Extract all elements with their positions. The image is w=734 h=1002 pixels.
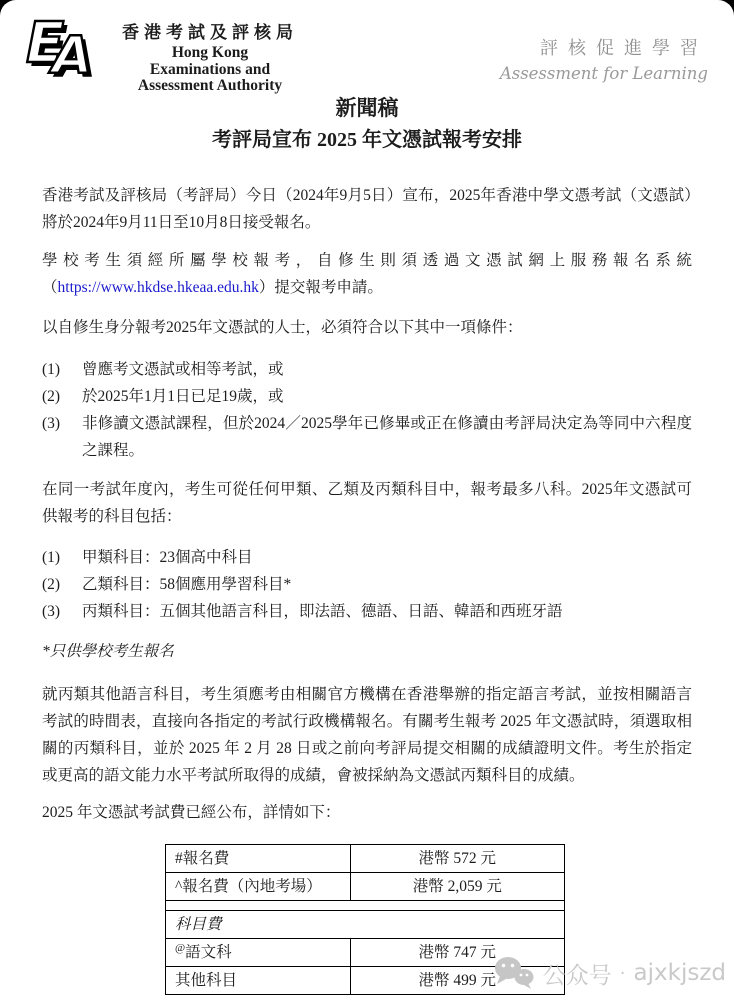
logo-letter-a: A [52, 30, 92, 82]
list-item: (1) 甲類科目：23個高中科目 [42, 544, 692, 571]
watermark-handle: ajxkjszd [634, 960, 726, 986]
list-item-number: (1) [42, 544, 82, 571]
fee-label: 語文科 [185, 944, 232, 961]
list-item-text: 甲類科目：23個高中科目 [82, 544, 692, 571]
org-name-english: Hong Kong Examinations and Assessment Au… [112, 45, 308, 95]
hkeaa-logo-icon: E A [22, 14, 110, 86]
list-item-text: 非修讀文憑試課程，但於2024／2025學年已修畢或正在修讀由考評局決定為等同中… [82, 410, 692, 464]
spacer-cell [166, 901, 565, 911]
list-item-text: 乙類科目：58個應用學習科目* [82, 571, 692, 598]
document-body: 香港考試及評核局（考評局）今日（2024年9月5日）宣布，2025年香港中學文憑… [0, 154, 734, 995]
header: E A 香港考試及評核局 Hong Kong Examinations and … [0, 0, 734, 88]
watermark-separator: · [620, 963, 626, 984]
org-name-block: 香港考試及評核局 Hong Kong Examinations and Asse… [112, 14, 308, 95]
list-item-number: (2) [42, 571, 82, 598]
list-item-text: 於2025年1月1日已足19歲，或 [82, 383, 692, 410]
paragraph-private-candidate-intro: 以自修生身分報考2025年文憑試的人士，必須符合以下其中一項條件： [42, 314, 692, 341]
fee-value-cell: 港幣 2,059 元 [350, 873, 564, 901]
paragraph-registration-channel: 學校考生須經所屬學校報考，自修生則須透過文憑試網上服務報名系統（https://… [42, 247, 692, 301]
fee-label-cell: 其他科目 [166, 967, 351, 995]
list-item: (2) 乙類科目：58個應用學習科目* [42, 571, 692, 598]
list-item: (1) 曾應考文憑試或相等考試，或 [42, 356, 692, 383]
document-type-title: 新聞稿 [0, 94, 734, 122]
list-item: (3) 非修讀文憑試課程，但於2024／2025學年已修畢或正在修讀由考評局決定… [42, 410, 692, 464]
list-item-number: (2) [42, 383, 82, 410]
fee-label-cell: #報名費 [166, 845, 351, 873]
table-row: ^報名費（內地考場） 港幣 2,059 元 [166, 873, 565, 901]
fee-label: 報名費（內地考場） [182, 878, 322, 895]
paragraph-subject-limit: 在同一考試年度內，考生可從任何甲類、乙類及丙類科目中，報考最多八科。2025年文… [42, 476, 692, 530]
press-release-page: E A 香港考試及評核局 Hong Kong Examinations and … [0, 0, 734, 1002]
wechat-watermark: 公众号 · ajxkjszd [493, 956, 726, 990]
table-spacer-row [166, 901, 565, 911]
list-item-text: 丙類科目：五個其他語言科目，即法語、德語、日語、韓語和西班牙語 [82, 598, 692, 625]
fee-label-cell: @語文科 [166, 939, 351, 967]
eligibility-list: (1) 曾應考文憑試或相等考試，或 (2) 於2025年1月1日已足19歲，或 … [42, 356, 692, 464]
paragraph-announcement: 香港考試及評核局（考評局）今日（2024年9月5日）宣布，2025年香港中學文憑… [42, 182, 692, 236]
slogan-chinese: 評核促進學習 [500, 34, 708, 60]
table-row: #報名費 港幣 572 元 [166, 845, 565, 873]
wechat-icon [493, 956, 535, 990]
hkdse-portal-link[interactable]: https://www.hkdse.hkeaa.edu.hk [58, 279, 259, 296]
list-item-number: (3) [42, 410, 82, 464]
fee-value-cell: 港幣 572 元 [350, 845, 564, 873]
headline: 考評局宣布 2025 年文憑試報考安排 [0, 126, 734, 154]
footnote-school-candidates: *只供學校考生報名 [42, 638, 692, 665]
fee-prefix: # [175, 850, 183, 867]
slogan-english: Assessment for Learning [500, 64, 708, 83]
list-item-number: (1) [42, 356, 82, 383]
list-item-text: 曾應考文憑試或相等考試，或 [82, 356, 692, 383]
paragraph-category-c-details: 就丙類其他語言科目，考生須應考由相關官方機構在香港舉辦的指定語言考試，並按相關語… [42, 681, 692, 789]
org-en-line2: Examinations and [112, 62, 308, 79]
org-name-chinese: 香港考試及評核局 [112, 18, 308, 43]
table-section-row: 科目費 [166, 911, 565, 939]
fee-label-cell: ^報名費（內地考場） [166, 873, 351, 901]
section-label-cell: 科目費 [166, 911, 565, 939]
paragraph-fee-intro: 2025 年文憑試考試費已經公布，詳情如下： [42, 799, 692, 826]
fee-label: 報名費 [183, 850, 230, 867]
org-en-line3: Assessment Authority [112, 78, 308, 95]
p2-text-post: ）提交報考申請。 [259, 279, 383, 296]
list-item: (2) 於2025年1月1日已足19歲，或 [42, 383, 692, 410]
list-item: (3) 丙類科目：五個其他語言科目，即法語、德語、日語、韓語和西班牙語 [42, 598, 692, 625]
list-item-number: (3) [42, 598, 82, 625]
fee-label: 其他科目 [175, 972, 237, 989]
category-list: (1) 甲類科目：23個高中科目 (2) 乙類科目：58個應用學習科目* (3)… [42, 544, 692, 625]
fee-prefix: @ [175, 942, 185, 954]
slogan-block: 評核促進學習 Assessment for Learning [500, 14, 708, 83]
watermark-label: 公众号 [543, 957, 612, 990]
org-en-line1: Hong Kong [112, 45, 308, 62]
